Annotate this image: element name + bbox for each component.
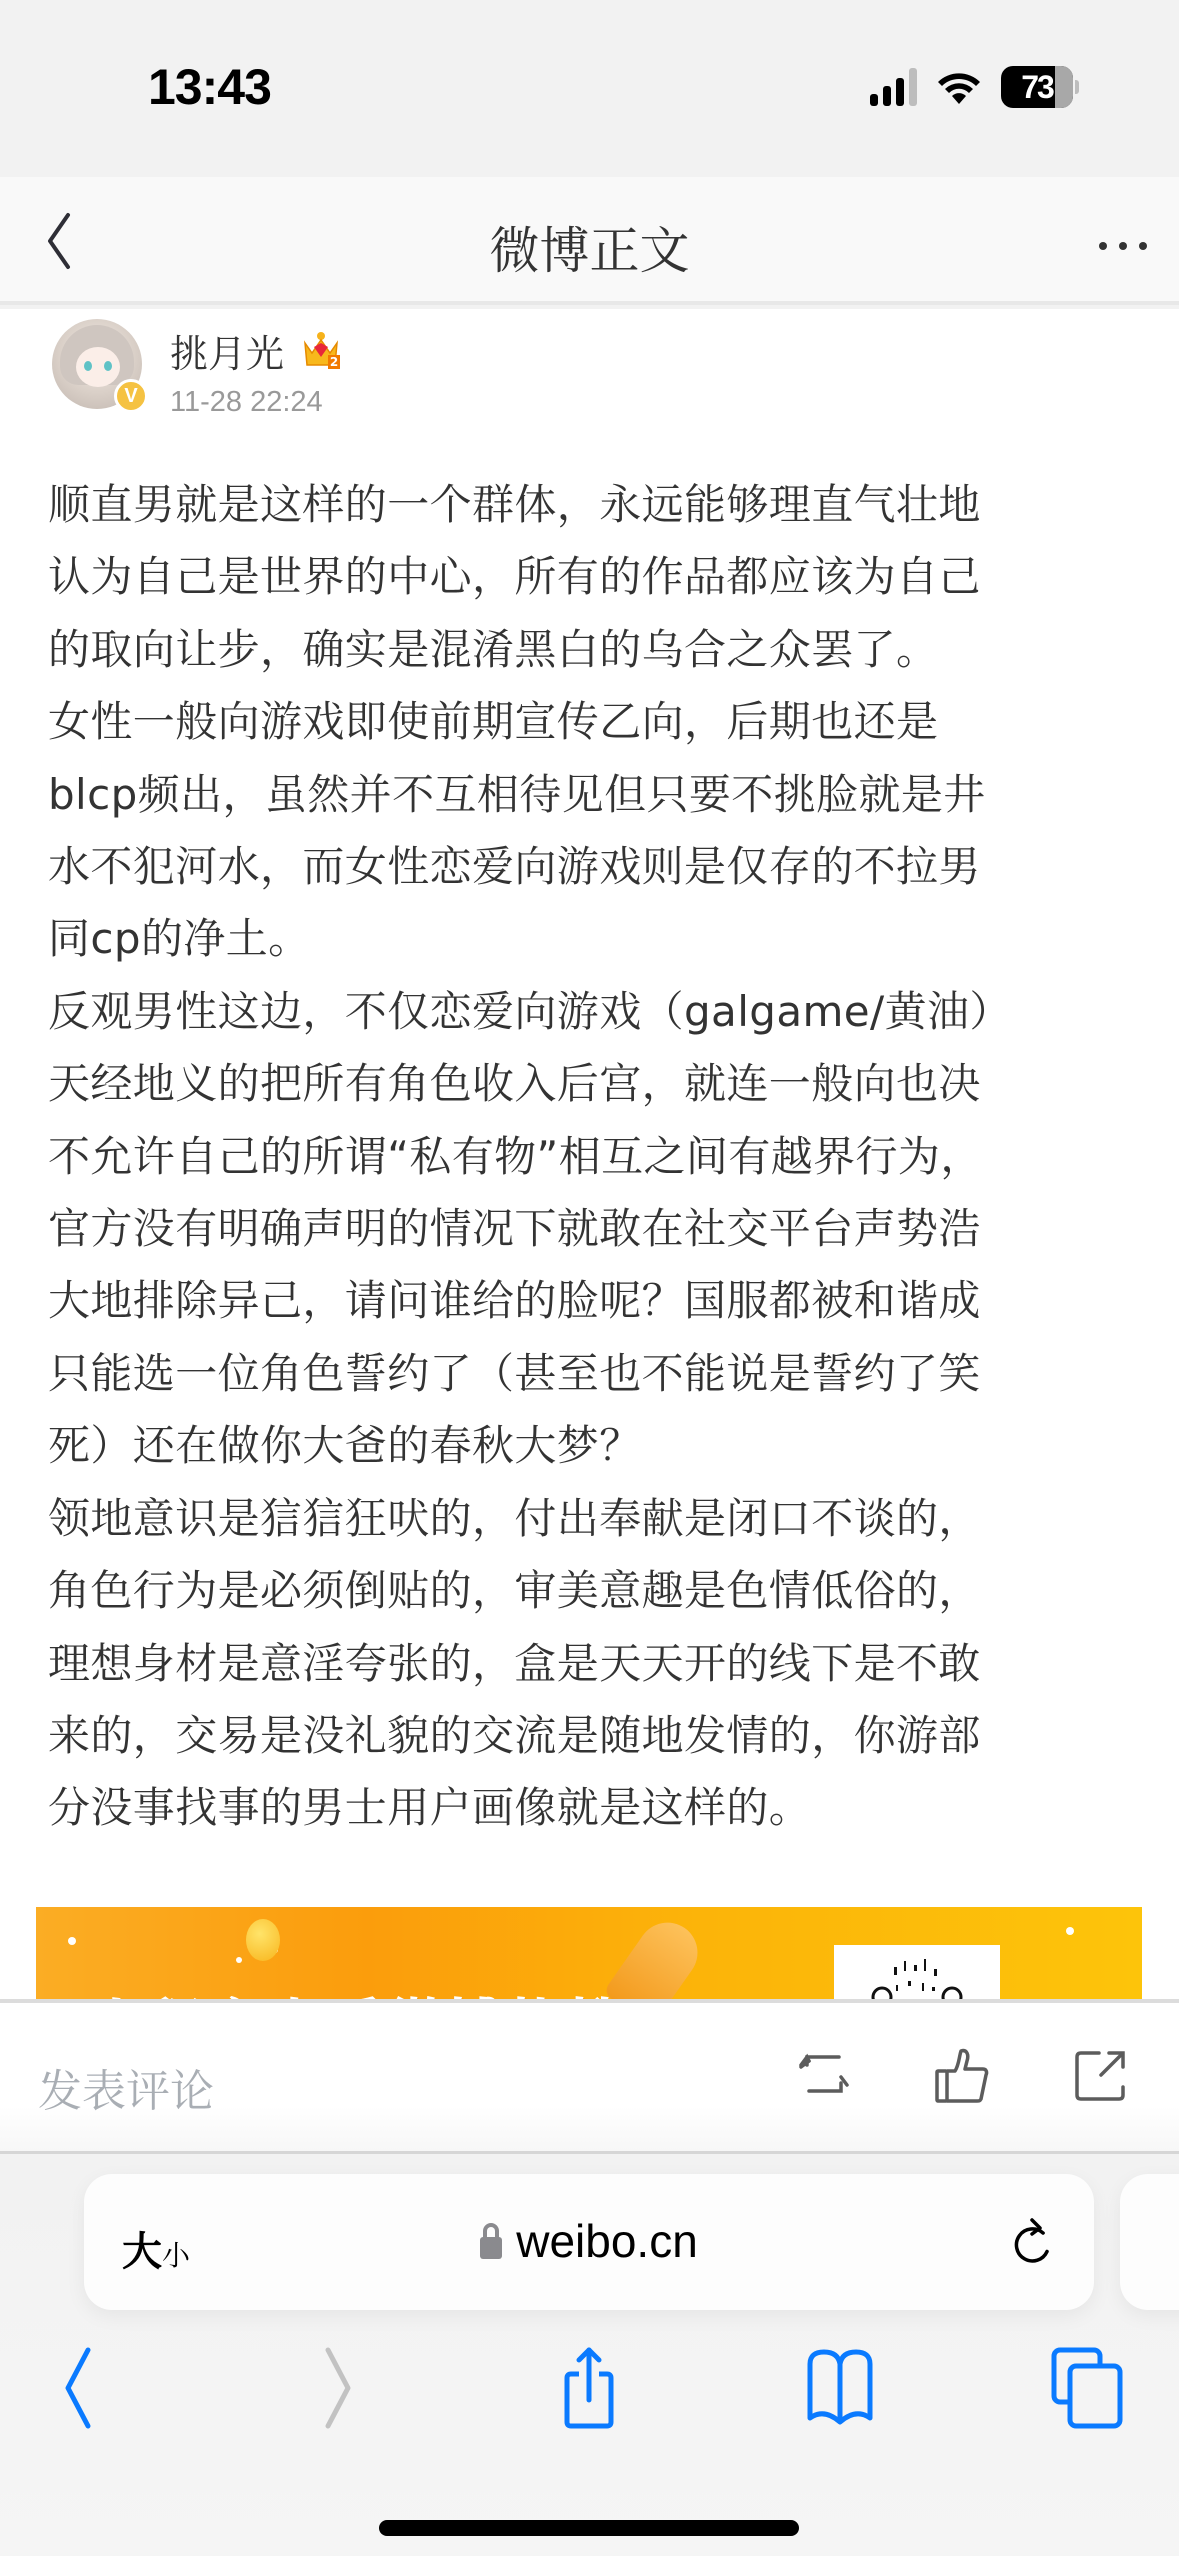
post-line: 大地排除异己，请问谁给的脸呢？国服都被和谐成 (48, 1265, 1138, 1337)
browser-chrome: 大小 weibo.cn (0, 2154, 1179, 2556)
nav-header: 微博正文 (0, 177, 1179, 305)
post-line: 认为自己是世界的中心，所有的作品都应该为自己 (48, 541, 1138, 613)
share-icon[interactable] (1071, 2047, 1129, 2105)
post-line: 不允许自己的所谓“私有物”相互之间有越界行为， (48, 1121, 1138, 1193)
post-line: 同cp的净土。 (48, 903, 1138, 975)
browser-share-button[interactable] (549, 2344, 629, 2434)
cellular-signal-icon (870, 68, 917, 106)
post-line: 死）还在做你大爸的春秋大梦？ (48, 1410, 1138, 1482)
browser-forward-button[interactable] (300, 2344, 380, 2434)
post-line: 的取向让步，确实是混淆黑白的乌合之众罢了。 (48, 614, 1138, 686)
post-line: 官方没有明确声明的情况下就敢在社交平台声势浩 (48, 1193, 1138, 1265)
action-bar: 发表评论 (0, 1999, 1179, 2154)
post-timestamp: 11-28 22:24 (170, 386, 342, 419)
author-name[interactable]: 挑月光 (170, 323, 284, 378)
post-content: V 挑月光 2 11-28 22:24 顺直男就是这样的一个群体，永远能够理直气… (0, 309, 1179, 1999)
chevron-right-icon (300, 2344, 380, 2434)
lock-icon (480, 2223, 502, 2259)
svg-text:2: 2 (330, 355, 338, 369)
post-line: 水不犯河水，而女性恋爱向游戏则是仅存的不拉男 (48, 831, 1138, 903)
post-line: 只能选一位角色誓约了（甚至也不能说是誓约了笑 (48, 1338, 1138, 1410)
battery-tip (1075, 80, 1079, 94)
mini-program-banner[interactable]: 小程序上看微博热搜 (36, 1907, 1142, 1999)
like-icon[interactable] (933, 2047, 991, 2105)
post-line: 来的，交易是没礼貌的交流是随地发情的，你游部 (48, 1700, 1138, 1772)
post-line: 反观男性这边，不仅恋爱向游戏（galgame/黄油） (48, 976, 1138, 1048)
battery-icon: 73 (1001, 66, 1073, 108)
url-display[interactable]: weibo.cn (84, 2214, 1094, 2268)
chevron-left-icon (50, 2344, 130, 2434)
post-line: blcp频出，虽然并不互相待见但只要不挑脸就是井 (48, 759, 1138, 831)
home-indicator[interactable] (379, 2520, 799, 2536)
browser-toolbar (0, 2344, 1179, 2434)
post-line: 分没事找事的男士用户画像就是这样的。 (48, 1772, 1138, 1844)
post-line: 天经地义的把所有角色收入后宫，就连一般向也决 (48, 1048, 1138, 1120)
post-line: 理想身材是意淫夸张的，盒是天天开的线下是不敢 (48, 1628, 1138, 1700)
post-line: 领地意识是狺狺狂吠的，付出奉献是闭口不谈的， (48, 1483, 1138, 1555)
comment-input[interactable]: 发表评论 (38, 2055, 214, 2119)
battery-level: 73 (1021, 69, 1053, 106)
reload-icon[interactable] (1008, 2214, 1056, 2272)
post-body: 顺直男就是这样的一个群体，永远能够理直气壮地 认为自己是世界的中心，所有的作品都… (48, 469, 1138, 1845)
book-icon (800, 2344, 880, 2434)
next-tab-peek[interactable] (1120, 2174, 1179, 2310)
browser-back-button[interactable] (50, 2344, 130, 2434)
qr-code (834, 1945, 1000, 1999)
member-crown-icon[interactable]: 2 (302, 331, 342, 371)
repost-icon[interactable] (795, 2047, 853, 2105)
post-line: 顺直男就是这样的一个群体，永远能够理直气壮地 (48, 469, 1138, 541)
tabs-icon (1048, 2344, 1128, 2434)
post-line: 女性一般向游戏即使前期宣传乙向，后期也还是 (48, 686, 1138, 758)
more-horizontal-icon (1097, 239, 1149, 253)
status-icons: 73 (870, 66, 1079, 108)
page-title: 微博正文 (0, 211, 1179, 283)
author-row[interactable]: V 挑月光 2 11-28 22:24 (52, 319, 342, 429)
wifi-icon (935, 68, 983, 106)
address-bar[interactable]: 大小 weibo.cn (84, 2174, 1094, 2310)
banner-text: 小程序上看微博热搜 (86, 1979, 626, 1999)
tabs-button[interactable] (1048, 2344, 1128, 2434)
avatar[interactable]: V (52, 319, 142, 409)
more-button[interactable] (1097, 217, 1149, 263)
share-icon (549, 2344, 629, 2434)
post-line: 角色行为是必须倒贴的，审美意趣是色情低俗的， (48, 1555, 1138, 1627)
status-bar: 13:43 73 (0, 0, 1179, 177)
status-time: 13:43 (148, 58, 271, 116)
bookmarks-button[interactable] (800, 2344, 880, 2434)
url-text: weibo.cn (516, 2215, 698, 2267)
verified-badge-icon: V (114, 379, 148, 413)
orb-decoration (246, 1919, 280, 1961)
